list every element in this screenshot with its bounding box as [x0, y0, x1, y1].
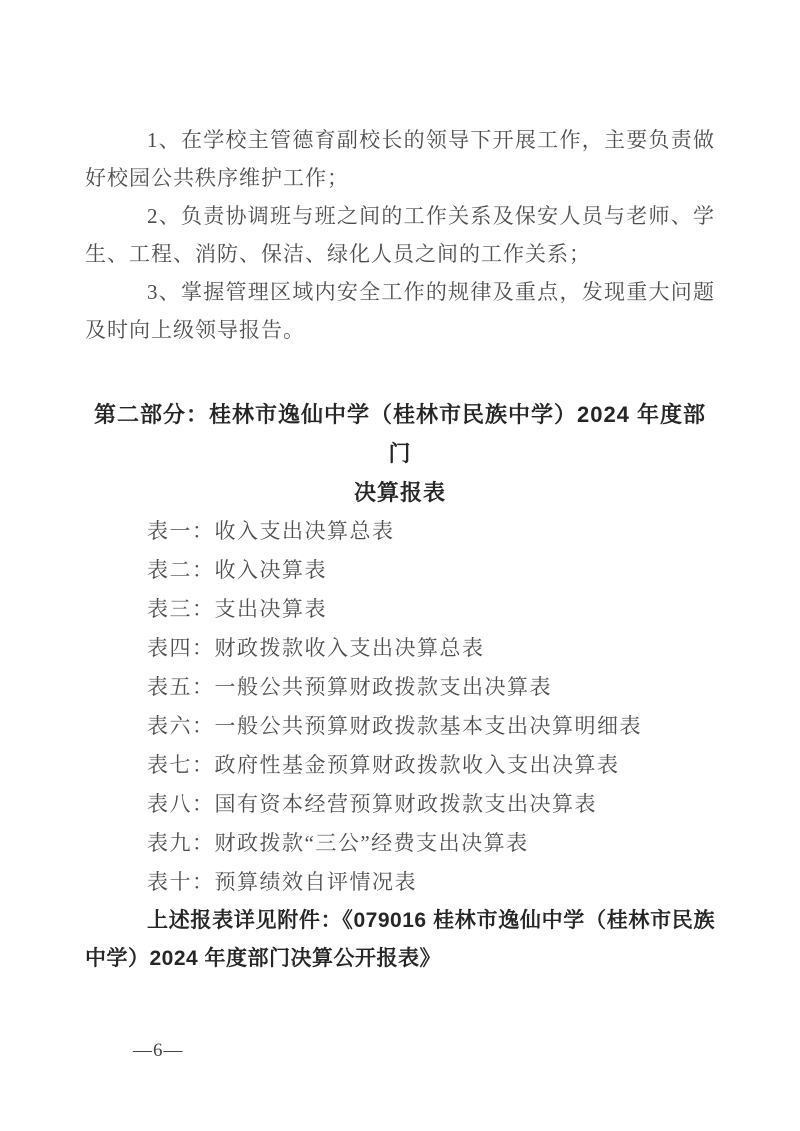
- table-list-item-9: 表九：财政拨款“三公”经费支出决算表: [85, 824, 715, 863]
- closing-line-1: 上述报表详见附件：《079016 桂林市逸仙中学（桂林市民族: [85, 902, 715, 940]
- table-list-item-6: 表六：一般公共预算财政拨款基本支出决算明细表: [85, 707, 715, 746]
- duty-paragraph-1-line-1: 1、在学校主管德育副校长的领导下开展工作，主要负责做: [85, 121, 715, 159]
- section-heading: 第二部分：桂林市逸仙中学（桂林市民族中学）2024 年度部门 决算报表: [85, 395, 715, 512]
- duty-paragraph-2-line-1: 2、负责协调班与班之间的工作关系及保安人员与老师、学: [85, 197, 715, 235]
- section-heading-line-1: 第二部分：桂林市逸仙中学（桂林市民族中学）2024 年度部门: [85, 395, 715, 473]
- table-list-item-1: 表一：收入支出决算总表: [85, 512, 715, 551]
- duty-paragraph-3-line-1: 3、掌握管理区域内安全工作的规律及重点，发现重大问题: [85, 273, 715, 311]
- table-list-item-5: 表五：一般公共预算财政拨款支出决算表: [85, 668, 715, 707]
- duty-paragraph-3-line-2: 及时向上级领导报告。: [85, 311, 715, 349]
- table-list-item-10: 表十：预算绩效自评情况表: [85, 863, 715, 902]
- table-list-item-8: 表八：国有资本经营预算财政拨款支出决算表: [85, 785, 715, 824]
- document-page: 1、在学校主管德育副校长的领导下开展工作，主要负责做 好校园公共秩序维护工作； …: [0, 0, 800, 1131]
- table-list-item-4: 表四：财政拨款收入支出决算总表: [85, 629, 715, 668]
- section-heading-line-2: 决算报表: [85, 473, 715, 512]
- report-table-list: 表一：收入支出决算总表 表二：收入决算表 表三：支出决算表 表四：财政拨款收入支…: [85, 512, 715, 902]
- page-number: —6—: [133, 1040, 184, 1062]
- table-list-item-7: 表七：政府性基金预算财政拨款收入支出决算表: [85, 746, 715, 785]
- page-content: 1、在学校主管德育副校长的领导下开展工作，主要负责做 好校园公共秩序维护工作； …: [0, 0, 800, 978]
- closing-paragraph: 上述报表详见附件：《079016 桂林市逸仙中学（桂林市民族 中学）2024 年…: [85, 902, 715, 978]
- table-list-item-3: 表三：支出决算表: [85, 590, 715, 629]
- duty-paragraph-1-line-2: 好校园公共秩序维护工作；: [85, 159, 715, 197]
- table-list-item-2: 表二：收入决算表: [85, 551, 715, 590]
- duties-section: 1、在学校主管德育副校长的领导下开展工作，主要负责做 好校园公共秩序维护工作； …: [85, 121, 715, 349]
- closing-line-2: 中学）2024 年度部门决算公开报表》: [85, 940, 715, 978]
- duty-paragraph-2-line-2: 生、工程、消防、保洁、绿化人员之间的工作关系；: [85, 235, 715, 273]
